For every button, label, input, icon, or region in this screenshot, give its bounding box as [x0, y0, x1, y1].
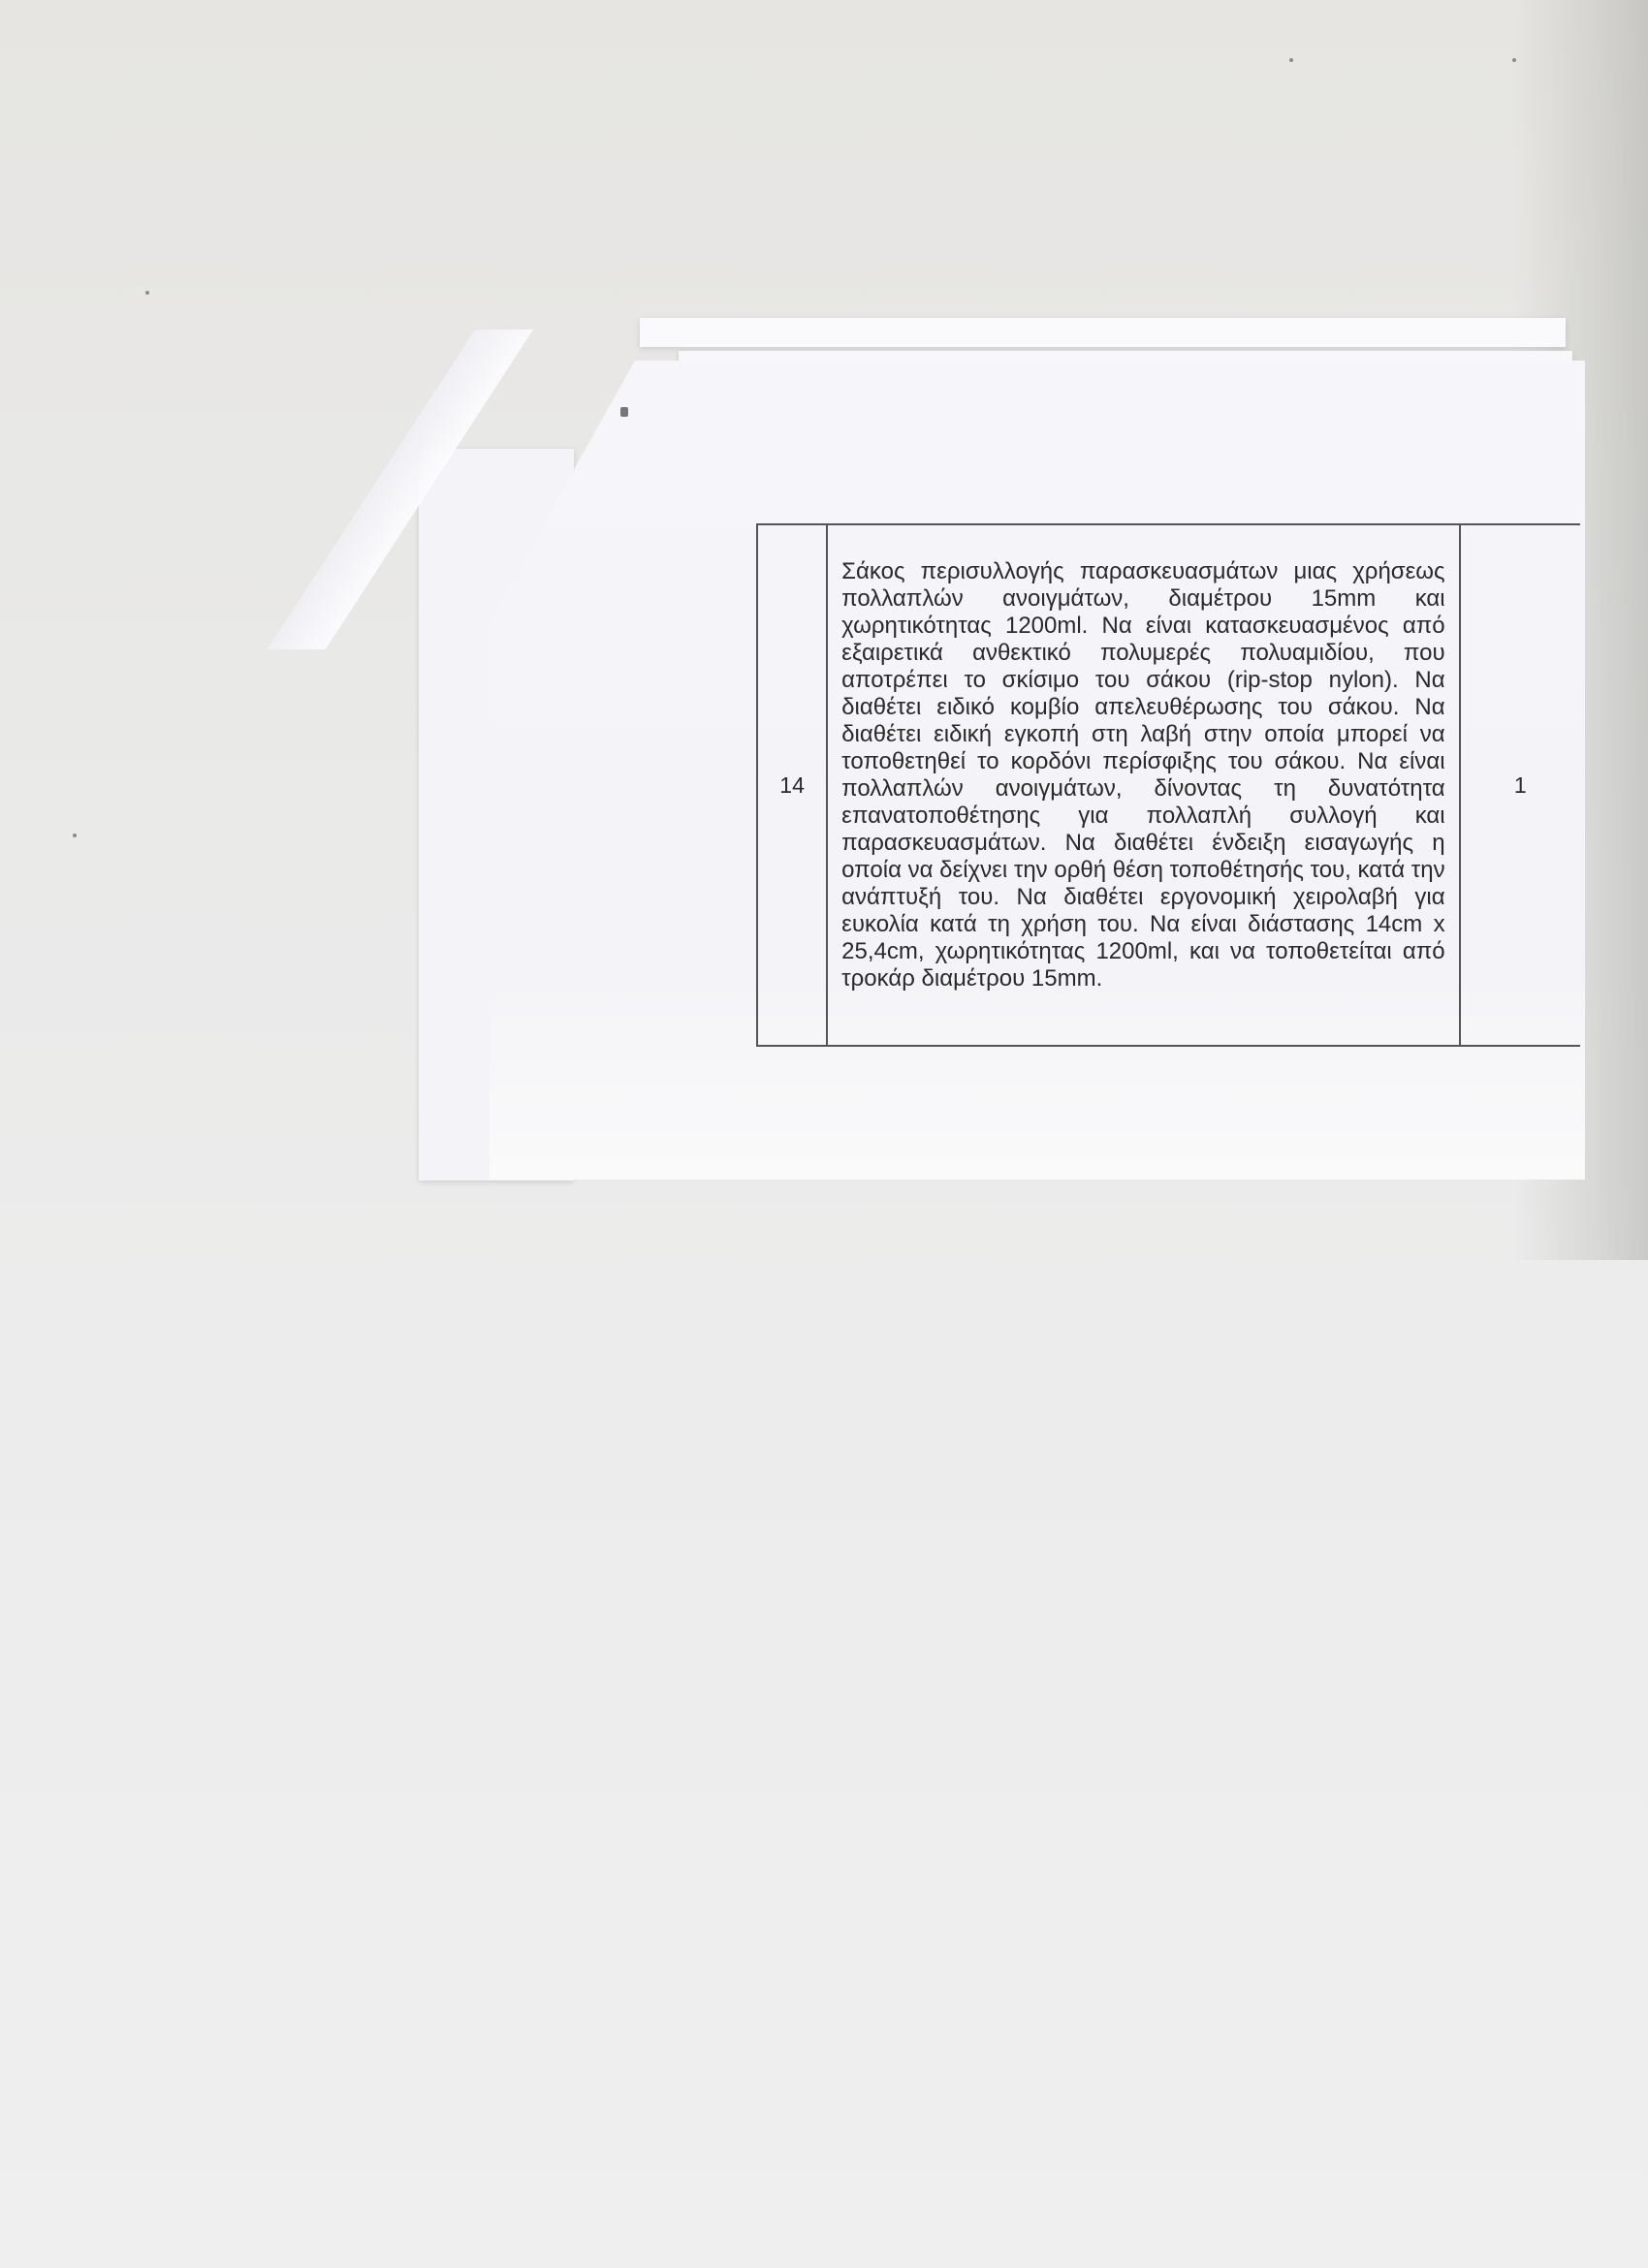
spec-table: 14 Σάκος περισυλλογής παρασκευασμάτων μι… — [756, 523, 1580, 1047]
dust-speck — [1289, 58, 1293, 62]
description-cell: Σάκος περισυλλογής παρασκευασμάτων μιας … — [827, 524, 1459, 1046]
dust-speck — [145, 291, 149, 295]
item-number-cell: 14 — [757, 524, 827, 1046]
staple-icon — [620, 407, 628, 417]
back-sheet — [640, 318, 1566, 347]
quantity-cell: 1 — [1460, 524, 1580, 1046]
dust-speck — [1512, 58, 1516, 62]
dust-speck — [73, 834, 77, 837]
table-row: 14 Σάκος περισυλλογής παρασκευασμάτων μι… — [757, 524, 1580, 1046]
